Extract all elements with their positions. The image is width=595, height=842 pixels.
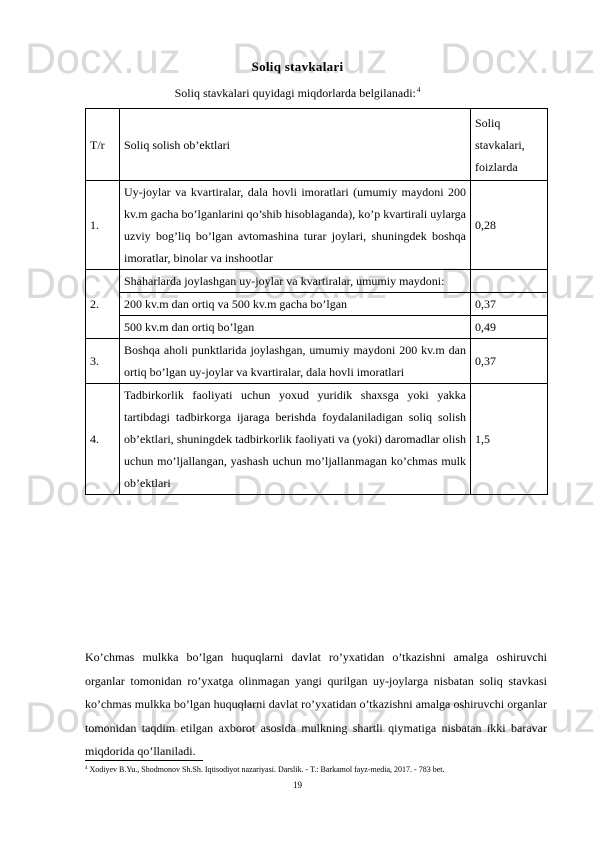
- subrow-rate: 0,49: [471, 316, 548, 339]
- header-rate: Soliq stavkalari, foizlarda: [471, 109, 548, 181]
- row-object: Boshqa aholi punktlarida joylashgan, umu…: [120, 339, 471, 384]
- subrow-object: 500 kv.m dan ortiq bo’lgan: [120, 316, 471, 339]
- body-paragraph: Ko’chmas mulkka bo’lgan huquqlarni davla…: [85, 646, 547, 764]
- table-header-row: T/r Soliq solish ob’ektlari Soliq stavka…: [86, 109, 548, 181]
- row-number: 1.: [86, 181, 120, 270]
- footnote-separator: [85, 760, 203, 761]
- page-number: 19: [0, 780, 595, 790]
- table-subrow: 200 kv.m dan ortiq va 500 kv.m gacha bo’…: [86, 293, 548, 316]
- row-number: 3.: [86, 339, 120, 384]
- subrow-rate: 0,37: [471, 293, 548, 316]
- table-intro: Soliq stavkalari quyidagi miqdorlarda be…: [0, 86, 595, 101]
- header-number: T/r: [86, 109, 120, 181]
- row-rate: 0,28: [471, 181, 548, 270]
- subrow-object: 200 kv.m dan ortiq va 500 kv.m gacha bo’…: [120, 293, 471, 316]
- row-object: Uy-joylar va kvartiralar, dala hovli imo…: [120, 181, 471, 270]
- row-rate: [471, 270, 548, 293]
- row-object: Shaharlarda joylashgan uy-joylar va kvar…: [120, 270, 471, 293]
- row-number: 4.: [86, 384, 120, 495]
- table-subrow: 500 kv.m dan ortiq bo’lgan 0,49: [86, 316, 548, 339]
- header-object: Soliq solish ob’ektlari: [120, 109, 471, 181]
- tax-rates-table: T/r Soliq solish ob’ektlari Soliq stavka…: [85, 108, 548, 495]
- table-row: 4. Tadbirkorlik faoliyati uchun yoxud yu…: [86, 384, 548, 495]
- footnote-number: 4: [85, 766, 88, 771]
- document-page: Soliq stavkalari Soliq stavkalari quyida…: [0, 0, 595, 842]
- table-intro-text: Soliq stavkalari quyidagi miqdorlarda be…: [175, 86, 416, 100]
- footnote-text: Xodiyev B.Yu., Shodmonov Sh.Sh. Iqtisodi…: [90, 765, 445, 774]
- row-object: Tadbirkorlik faoliyati uchun yoxud yurid…: [120, 384, 471, 495]
- row-number: 2.: [86, 270, 120, 339]
- footnote: 4Xodiyev B.Yu., Shodmonov Sh.Sh. Iqtisod…: [85, 765, 445, 774]
- section-title: Soliq stavkalari: [0, 59, 595, 75]
- row-rate: 0,37: [471, 339, 548, 384]
- table-row: 1. Uy-joylar va kvartiralar, dala hovli …: [86, 181, 548, 270]
- table-row: 3. Boshqa aholi punktlarida joylashgan, …: [86, 339, 548, 384]
- footnote-ref[interactable]: 4: [417, 86, 421, 94]
- row-rate: 1,5: [471, 384, 548, 495]
- table-row: 2. Shaharlarda joylashgan uy-joylar va k…: [86, 270, 548, 293]
